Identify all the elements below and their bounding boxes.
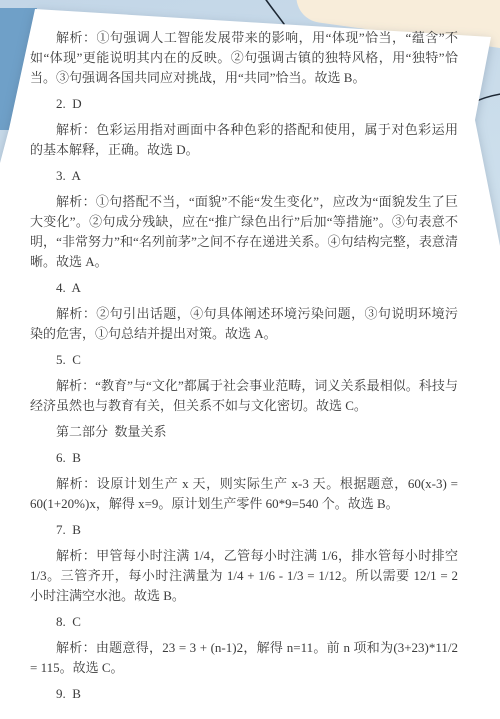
analysis-paragraph: 解析：“教育”与“文化”都属于社会事业范畴，词义关系最相似。科技与经济虽然也与教…: [30, 376, 458, 416]
analysis-paragraph: 解析：设原计划生产 x 天，则实际生产 x-3 天。根据题意，60(x-3) =…: [30, 474, 458, 514]
analysis-paragraph: 解析：②句引出话题，④句具体阐述环境污染问题，③句说明环境污染的危害，①句总结并…: [30, 304, 458, 344]
scanned-answer-sheet: 解析：①句强调人工智能发展带来的影响，用“体现”恰当，“蕴含”不如“体现”更能说…: [0, 0, 500, 719]
section-heading: 第二部分 数量关系: [30, 422, 458, 442]
analysis-paragraph: 解析：①句强调人工智能发展带来的影响，用“体现”恰当，“蕴含”不如“体现”更能说…: [30, 28, 458, 88]
analysis-paragraph: 解析：①句搭配不当，“面貌”不能“发生变化”，应改为“面貌发生了巨大变化”。②句…: [30, 192, 458, 272]
answer-item: 7. B: [30, 520, 458, 540]
answer-item: 9. B: [30, 684, 458, 704]
answer-item: 3. A: [30, 166, 458, 186]
answer-item: 6. B: [30, 448, 458, 468]
answer-item: 2. D: [30, 94, 458, 114]
answer-item: 5. C: [30, 350, 458, 370]
analysis-paragraph: 解析：甲管每小时注满 1/4，乙管每小时注满 1/6，排水管每小时排空 1/3。…: [30, 546, 458, 606]
analysis-paragraph: 解析：由题意得，23 = 3 + (n-1)2，解得 n=11。前 n 项和为(…: [30, 638, 458, 678]
answer-item: 4. A: [30, 278, 458, 298]
analysis-paragraph: 解析：色彩运用指对画面中各种色彩的搭配和使用，属于对色彩运用的基本解释，正确。故…: [30, 120, 458, 160]
answer-sheet-content: 解析：①句强调人工智能发展带来的影响，用“体现”恰当，“蕴含”不如“体现”更能说…: [0, 0, 500, 710]
answer-item: 8. C: [30, 612, 458, 632]
